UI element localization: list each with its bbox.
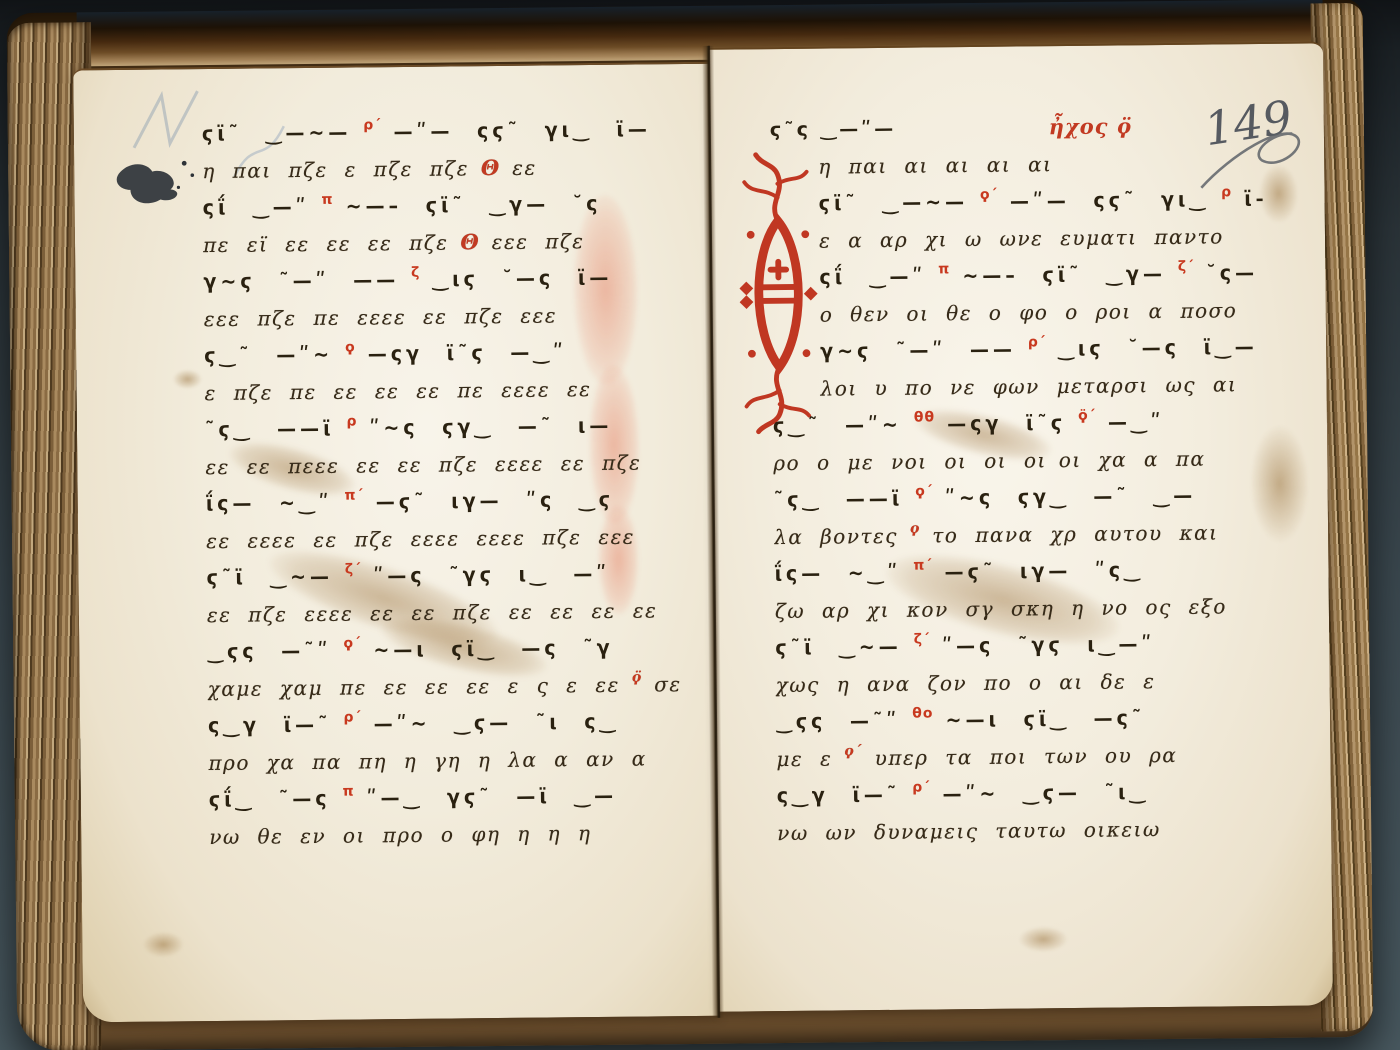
text-run: λοι υ πο νε φων μεταρσι ως αι xyxy=(820,372,1237,400)
text-run: ‿ϛς —῀ʺ xyxy=(207,638,332,663)
rubric-run: Θ xyxy=(460,229,480,254)
rubric-run: ϙ xyxy=(910,520,921,536)
rubric-run: θο xyxy=(912,705,933,721)
text-run: ϛ῀ϊ ‿~— xyxy=(206,564,333,589)
notation-line: ῀ϛ‿ ——ϊϙ΄ʺ~ς ϛγ‿ —῀ ‿— xyxy=(774,476,1266,518)
text-run: εε πζε εεεε εε εε πζε εε εε εε εε xyxy=(207,598,658,627)
text-run: —ʺ— ςϛ῀ γι‿ xyxy=(1010,187,1209,213)
notation-line: ΐς— ~‿ʺπ΄—ϛ῀ ιγ— ʺς‿ xyxy=(774,550,1266,592)
rubric-run: ρ΄ xyxy=(912,779,930,795)
rubric-run: ρ΄ xyxy=(363,117,381,133)
notation-line: ς‿γ ϊ—῀ρ΄—ʺ~ ‿ϛ— ῀ι‿ xyxy=(777,772,1269,814)
rubric-run: ρ΄ xyxy=(1028,334,1046,350)
text-run: ‿ιϛ ˘—ς ϊ— xyxy=(432,265,612,291)
rubric-run: ϙ΄ xyxy=(980,186,998,202)
lyric-line: λοι υ πο νε φων μεταρσι ως αι xyxy=(772,365,1264,407)
text-run: εε xyxy=(512,155,537,179)
rubric-run: ἦχος ϙ̈ xyxy=(1049,113,1132,139)
text-run: ~—ι ϛϊ‿ —ς῀ xyxy=(945,706,1145,732)
lyric-line: με εϙ΄υπερ τα ποι των ου ρα xyxy=(776,735,1268,777)
text-run: η παι αι αι αι αι xyxy=(818,152,1052,178)
text-run: η παι πζε ε πζε πζε xyxy=(202,156,469,183)
rubric-run: π΄ xyxy=(344,487,363,503)
text-run: —ʺ~ ‿ϛ— ῀ι‿ xyxy=(942,780,1149,806)
notation-line: ΐς— ~‿ʺπ΄—ϛ῀ ιγ— ʺς ‿ϛ xyxy=(206,480,684,522)
foxing-spot xyxy=(172,369,202,389)
text-run: ςΐ ‿—ʺ xyxy=(819,264,926,289)
text-run: εε εε πεεε εε εε πζε εεεε εε πζε xyxy=(205,450,641,479)
lyric-line: εε εεεε εε πζε εεεε εεεε πζε εεε xyxy=(206,517,684,559)
notation-line: ϛ῀ϊ ‿~—ζ΄ʺ—ς ῀γϛ ι‿—ʺ xyxy=(775,624,1267,666)
lyric-line: εε πζε εεεε εε εε πζε εε εε εε εε xyxy=(207,591,685,633)
text-run: ϛ῀ς ‿—ʺ— xyxy=(770,117,897,140)
text-run: γ~ϛ ῀—ʺ —— xyxy=(203,268,399,294)
text-run: ρο ο με νοι οι οι οι xyxy=(773,448,1047,475)
text-run: —ϛ῀ ιγ— ʺς‿ xyxy=(944,558,1143,584)
text-run: —ςγ ϊ῀ϛ —‿ʺ xyxy=(368,340,567,366)
foxing-spot xyxy=(142,931,184,957)
notation-line: ‿ϛς —῀ʺθο~—ι ϛϊ‿ —ς῀ xyxy=(776,698,1268,740)
text-run: ʺ—‿ γϛ῀ —ϊ ‿— xyxy=(367,783,618,809)
rubric-run: ϙ΄ xyxy=(343,635,361,651)
rubric-run: π xyxy=(321,191,333,207)
lyric-line: ζω αρ χι κον σγ σκη η νο ος εξο xyxy=(775,587,1267,629)
lyric-line: πε εϊ εε εε εε πζεΘεεε πζε xyxy=(203,221,681,263)
text-run: πε εϊ εε εε εε πζε xyxy=(203,230,449,257)
text-run: ϛϊ῀ ‿—~— xyxy=(819,190,969,215)
left-text-block: ϛϊ῀ ‿—~—ρ΄—ʺ— ςϛ῀ γι‿ ϊ—η παι πζε ε πζε … xyxy=(202,110,688,855)
text-run: υπερ τα ποι των ου ρα xyxy=(874,742,1177,769)
text-run: προ χα πα πη η γη η λα α αν α xyxy=(208,746,646,775)
lyric-line: ρο ο με νοι οι οι οιοι χα α πα xyxy=(773,439,1265,481)
text-run: ϛ‿῀ —ʺ~ xyxy=(773,412,902,437)
text-run: —ςγ ϊ῀ϛ xyxy=(947,411,1066,436)
text-run: ‿ϛς —῀ʺ xyxy=(776,708,901,733)
text-run: ϛ‿῀ —ʺ~ xyxy=(204,342,333,367)
notation-line: ῀ϛ‿ ——ϊρʺ~ς ϛγ‿ —῀ ι— xyxy=(205,406,683,448)
text-run: εεε πζε πε εεεε εε πζε εεε xyxy=(204,303,557,331)
text-run: ~—ι ϛϊ‿ —ς ῀γ xyxy=(373,635,614,661)
notation-line: ϛ῀ϊ ‿~—ζ΄ʺ—ς ῀γϛ ι‿ —ʺ xyxy=(206,554,684,596)
notation-line: ςΐ ‿—ʺπ~—– ϛϊ῀ ‿γ—ζ΄˘ς— xyxy=(771,254,1263,296)
text-run: ʺ—ς ῀γϛ ι‿ —ʺ xyxy=(373,561,610,587)
rubric-run: ϙ̈΄ xyxy=(1078,407,1096,423)
text-run: ~—– ϛϊ῀ ‿γ— xyxy=(962,262,1166,288)
manuscript-photo: ϛϊ῀ ‿—~—ρ΄—ʺ— ςϛ῀ γι‿ ϊ—η παι πζε ε πζε … xyxy=(0,0,1400,1050)
text-run: ϛϊ῀ ‿—~— xyxy=(202,120,352,145)
text-run: ˘ς— xyxy=(1206,261,1258,285)
mode-heading-line: ϛ῀ς ‿—ʺ—ἦχος ϙ̈ xyxy=(770,106,1262,148)
text-run: χαμε χαμ πε εε εε εε ε ς ε εε xyxy=(208,672,620,700)
notation-line: ϛϊ῀ ‿—~—ρ΄—ʺ— ςϛ῀ γι‿ ϊ— xyxy=(202,110,680,152)
rubric-run: ζ xyxy=(411,264,420,280)
text-run: ʺ~ς ϛγ‿ —῀ ι— xyxy=(369,413,612,439)
rubric-run: π xyxy=(342,783,354,799)
notation-line: ϛϊ῀ ‿—~—ϙ΄—ʺ— ςϛ῀ γι‿ρϊ—ς xyxy=(770,180,1262,222)
rubric-run: Θ xyxy=(481,155,501,180)
lyric-line: νω ων δυναμεις ταυτω οικειω xyxy=(777,809,1269,851)
text-run: εε εεεε εε πζε εεεε εεεε πζε εεε xyxy=(206,524,635,552)
notation-line: ϛ‿῀ —ʺ~θθ—ςγ ϊ῀ϛϙ̈΄—‿ʺ xyxy=(773,402,1265,444)
text-run: ε πζε πε εε εε εε πε εεεε εε xyxy=(204,377,591,405)
text-run: με ε xyxy=(776,746,832,771)
rubric-run: π xyxy=(938,261,950,277)
rubric-run: ϙ΄ xyxy=(844,743,863,759)
lyric-line: χαμε χαμ πε εε εε εε ε ς ε εεϙ̈σε xyxy=(207,665,685,707)
rubric-run: ρ xyxy=(346,413,357,429)
text-run: —ʺ~ ‿ϛ— ῀ι ς‿ xyxy=(374,709,620,735)
text-run: ζω αρ χι κον σγ σκη η νο ος εξο xyxy=(775,594,1227,623)
text-run: εεε πζε xyxy=(492,229,585,254)
text-run: ΐς— ~‿ʺ xyxy=(774,560,901,585)
text-run: οι χα α πα xyxy=(1059,446,1206,472)
text-run: ε α αρ χι ω ωνε ευματι παντο xyxy=(819,224,1224,252)
text-run: ϛ῀ϊ ‿~— xyxy=(775,634,902,659)
rubric-run: ϙ̈ xyxy=(632,669,643,685)
recto-page: 149 xyxy=(709,41,1333,1011)
text-run: ΐς— ~‿ʺ xyxy=(206,490,333,515)
notation-line: γ~ϛ ῀—ʺ ——ρ΄‿ιϛ ˘—ς ϊ‿— xyxy=(772,328,1264,370)
rubric-run: θθ xyxy=(914,409,935,425)
text-run: νω ων δυναμεις ταυτω οικειω xyxy=(777,817,1161,845)
lyric-line: ε α αρ χι ω ωνε ευματι παντο xyxy=(771,217,1263,259)
notation-line: ‿ϛς —῀ʺϙ΄~—ι ϛϊ‿ —ς ῀γ xyxy=(207,628,685,670)
rubric-run: ζ΄ xyxy=(914,631,931,647)
text-run: ‿ιϛ ˘—ς ϊ‿— xyxy=(1058,335,1258,361)
text-run: ϛΐ‿ ῀—ς xyxy=(209,786,331,811)
lyric-line: προ χα πα πη η γη η λα α αν α xyxy=(208,739,686,781)
lyric-line: λα βοντεςϙτο πανα χρ αυτου και xyxy=(774,513,1266,555)
notation-line: ϛ‿῀ —ʺ~ϙ—ςγ ϊ῀ϛ —‿ʺ xyxy=(204,332,682,374)
notation-line: ς‿γ ϊ—῀ρ΄—ʺ~ ‿ϛ— ῀ι ς‿ xyxy=(208,702,686,744)
lyric-line: ε πζε πε εε εε εε πε εεεε εε xyxy=(204,369,682,411)
text-run: —‿ʺ xyxy=(1108,410,1165,434)
rubric-run: ζ΄ xyxy=(1178,258,1195,274)
notation-line: ϛΐ‿ ῀—ςπʺ—‿ γϛ῀ —ϊ ‿— xyxy=(209,776,687,818)
text-run: ς‿γ ϊ—῀ xyxy=(777,782,901,807)
lyric-line: χως η ανα ζον πο ο αι δε ε xyxy=(775,661,1267,703)
rubric-run: ρ xyxy=(1221,184,1232,200)
lyric-line: νω θε εν οι προ ο φη η η η xyxy=(209,813,687,855)
notation-line: ςΐ ‿—ʺπ~—– ϛϊ῀ ‿γ— ˘ς xyxy=(202,184,680,226)
text-run: —ϛ῀ ιγ— ʺς ‿ϛ xyxy=(376,487,614,513)
text-run: ʺ—ς ῀γϛ ι‿—ʺ xyxy=(942,632,1155,658)
text-run: ῀ϛ‿ ——ϊ xyxy=(774,486,904,511)
text-run: ο θεν οι θε ο φο ο ροι α ποσο xyxy=(820,298,1238,326)
lyric-line: εε εε πεεε εε εε πζε εεεε εε πζε xyxy=(205,443,683,485)
verso-page: ϛϊ῀ ‿—~—ρ΄—ʺ— ςϛ῀ γι‿ ϊ—η παι πζε ε πζε … xyxy=(73,62,719,1023)
text-run: ς‿γ ϊ—῀ xyxy=(208,712,332,737)
right-text-block: ϛ῀ς ‿—ʺ—ἦχος ϙ̈η παι αι αι αι αιϛϊ῀ ‿—~—… xyxy=(770,106,1270,851)
text-run: ῀ϛ‿ ——ϊ xyxy=(205,416,335,441)
text-run: γ~ϛ ῀—ʺ —— xyxy=(820,337,1016,363)
lyric-line: η παι πζε ε πζε πζεΘεε xyxy=(202,147,680,189)
foxing-spot xyxy=(1018,926,1068,953)
notation-line: γ~ϛ ῀—ʺ ——ζ‿ιϛ ˘—ς ϊ— xyxy=(203,258,681,300)
text-run: χως η ανα ζον πο ο αι δε ε xyxy=(776,669,1156,697)
text-run: νω θε εν οι προ ο φη η η η xyxy=(209,821,591,849)
text-run: ~—– ϛϊ῀ ‿γ— ˘ς xyxy=(346,192,602,218)
rubric-run: ζ΄ xyxy=(345,561,362,577)
text-run: ʺ~ς ϛγ‿ —῀ ‿— xyxy=(945,483,1196,509)
text-run: —ʺ— ςϛ῀ γι‿ ϊ— xyxy=(393,117,651,143)
rubric-run: ϙ΄ xyxy=(915,483,933,499)
text-run: λα βοντες xyxy=(774,523,898,548)
rubric-run: π΄ xyxy=(913,557,932,573)
rubric-run: ρ΄ xyxy=(343,709,361,725)
open-codex: ϛϊ῀ ‿—~—ρ΄—ʺ— ςϛ῀ γι‿ ϊ—η παι πζε ε πζε … xyxy=(7,0,1374,1050)
rubric-run: ϙ xyxy=(345,339,356,355)
text-run: ϊ—ς xyxy=(1244,186,1263,210)
lyric-line: εεε πζε πε εεεε εε πζε εεε xyxy=(204,295,682,337)
text-run: ςΐ ‿—ʺ xyxy=(203,195,310,220)
lyric-line: ο θεν οι θε ο φο ο ροι α ποσο xyxy=(772,291,1264,333)
lyric-line: η παι αι αι αι αι xyxy=(770,143,1262,185)
text-run: το πανα χρ αυτου και xyxy=(932,520,1218,547)
text-run: σε xyxy=(654,672,682,696)
